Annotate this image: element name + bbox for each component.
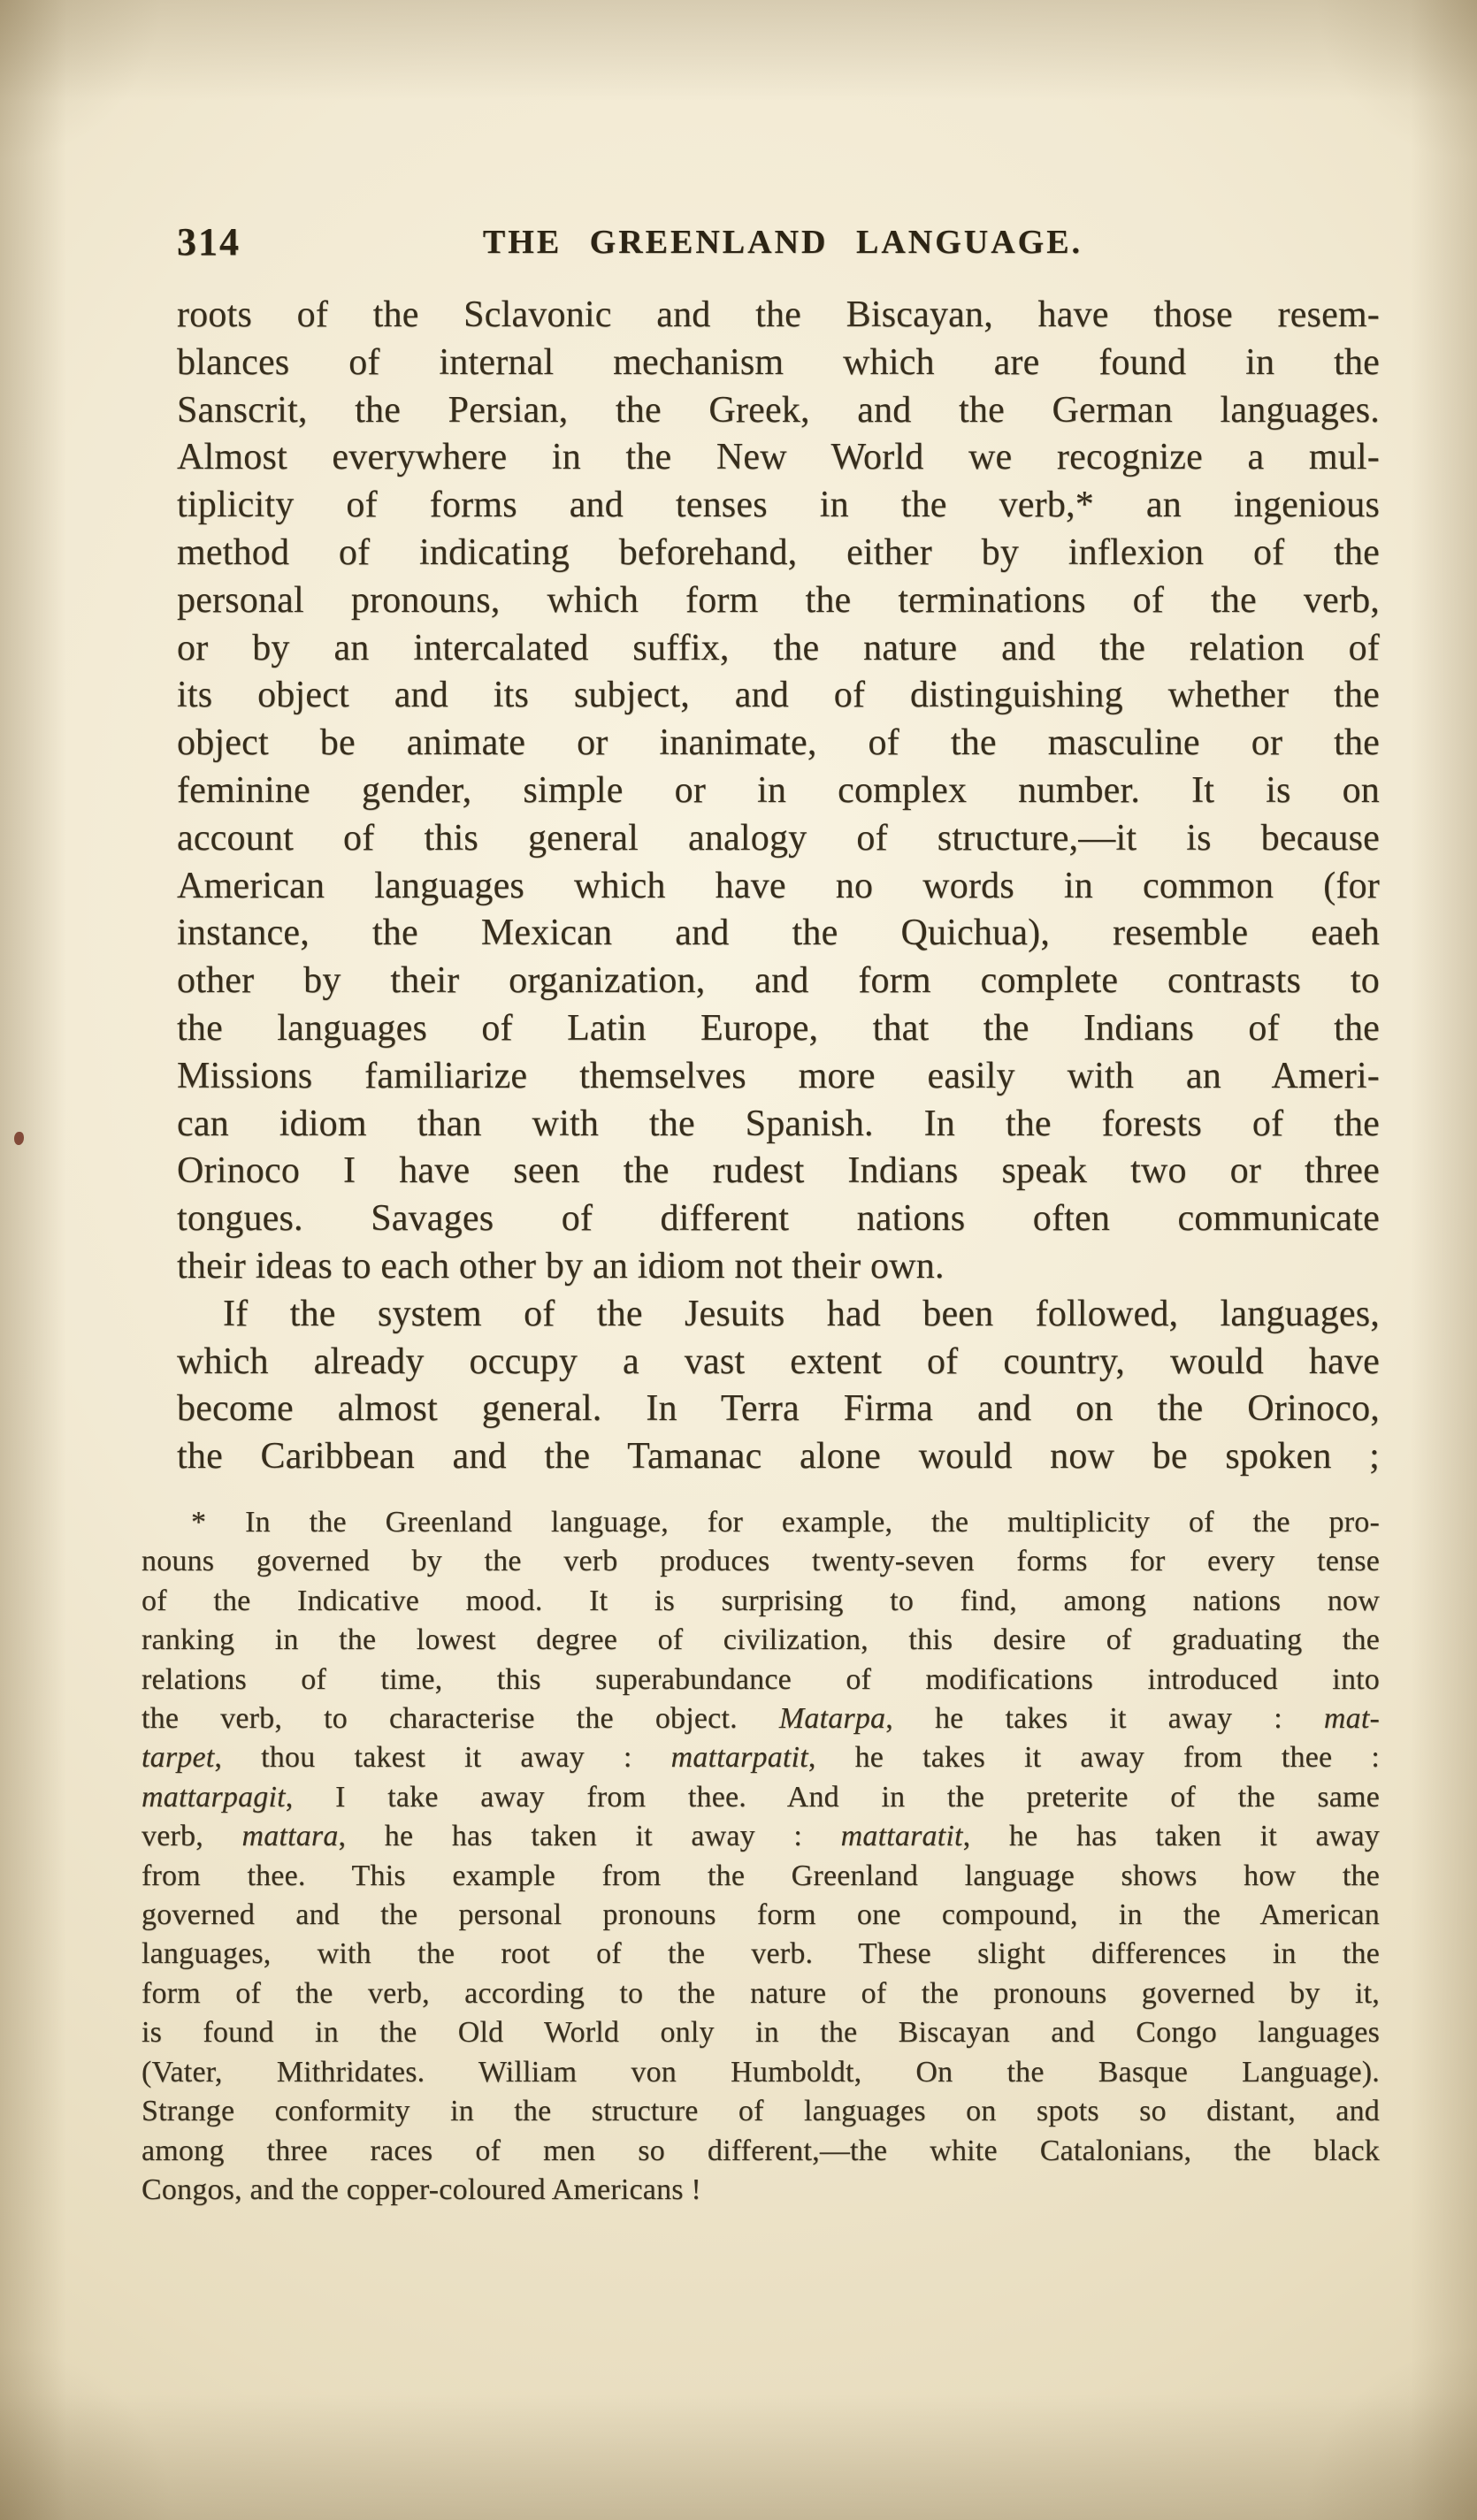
text-line: ranking in the lowest degree of civiliza… — [142, 1621, 1380, 1660]
text-line: other by their organization, and form co… — [177, 958, 1380, 1005]
text-line: Congos, and the copper-coloured American… — [142, 2171, 1380, 2210]
text-line: languages, with the root of the verb. Th… — [142, 1935, 1380, 1974]
text-line: verb, mattara, he has taken it away : ma… — [142, 1817, 1380, 1856]
text-line: which already occupy a vast extent of co… — [177, 1339, 1380, 1386]
text-line: tarpet, thou takest it away : mattarpati… — [142, 1738, 1380, 1777]
text-line: Orinoco I have seen the rudest Indians s… — [177, 1148, 1380, 1195]
scanned-book-page: 314 THE GREENLAND LANGUAGE. roots of the… — [0, 0, 1477, 2520]
text-line: Sanscrit, the Persian, the Greek, and th… — [177, 387, 1380, 435]
text-line: method of indicating beforehand, either … — [177, 530, 1380, 577]
text-line: (Vater, Mithridates. William von Humbold… — [142, 2053, 1380, 2092]
text-line: roots of the Sclavonic and the Biscayan,… — [177, 292, 1380, 340]
text-line: account of this general analogy of struc… — [177, 815, 1380, 863]
ink-speck — [14, 1132, 24, 1145]
text-line: of the Indicative mood. It is surprising… — [142, 1582, 1380, 1621]
text-line: Missions familiarize themselves more eas… — [177, 1053, 1380, 1101]
text-line: its object and its subject, and of disti… — [177, 672, 1380, 720]
text-line: their ideas to each other by an idiom no… — [177, 1243, 1380, 1291]
text-line: tongues. Savages of different nations of… — [177, 1195, 1380, 1243]
text-line: feminine gender, simple or in complex nu… — [177, 767, 1380, 815]
text-line: or by an intercalated suffix, the nature… — [177, 625, 1380, 673]
text-line: among three races of men so different,—t… — [142, 2132, 1380, 2171]
text-line: the Caribbean and the Tamanac alone woul… — [177, 1433, 1380, 1481]
text-line: Strange conformity in the structure of l… — [142, 2092, 1380, 2131]
text-line: mattarpagit, I take away from thee. And … — [142, 1778, 1380, 1817]
text-line: personal pronouns, which form the termin… — [177, 577, 1380, 625]
text-line: If the system of the Jesuits had been fo… — [177, 1291, 1380, 1339]
text-line: is found in the Old World only in the Bi… — [142, 2013, 1380, 2052]
page-header: 314 THE GREENLAND LANGUAGE. — [0, 219, 1477, 272]
footnote-block: * In the Greenland language, for example… — [142, 1503, 1380, 2210]
running-title: THE GREENLAND LANGUAGE. — [168, 223, 1397, 262]
text-line: * In the Greenland language, for example… — [142, 1503, 1380, 1542]
text-line: can idiom than with the Spanish. In the … — [177, 1101, 1380, 1149]
text-line: object be animate or inanimate, of the m… — [177, 720, 1380, 767]
text-line: Almost everywhere in the New World we re… — [177, 434, 1380, 482]
text-line: instance, the Mexican and the Quichua), … — [177, 910, 1380, 958]
text-line: American languages which have no words i… — [177, 863, 1380, 911]
text-line: relations of time, this superabundance o… — [142, 1661, 1380, 1699]
text-line: governed and the personal pronouns form … — [142, 1896, 1380, 1935]
text-line: blances of internal mechanism which are … — [177, 340, 1380, 387]
text-line: tiplicity of forms and tenses in the ver… — [177, 482, 1380, 530]
text-line: the languages of Latin Europe, that the … — [177, 1005, 1380, 1053]
text-line: form of the verb, according to the natur… — [142, 1974, 1380, 2013]
text-line: from thee. This example from the Greenla… — [142, 1857, 1380, 1896]
text-line: become almost general. In Terra Firma an… — [177, 1386, 1380, 1433]
text-line: the verb, to characterise the object. Ma… — [142, 1699, 1380, 1738]
text-line: nouns governed by the verb produces twen… — [142, 1542, 1380, 1581]
main-text-block: roots of the Sclavonic and the Biscayan,… — [177, 292, 1380, 1481]
